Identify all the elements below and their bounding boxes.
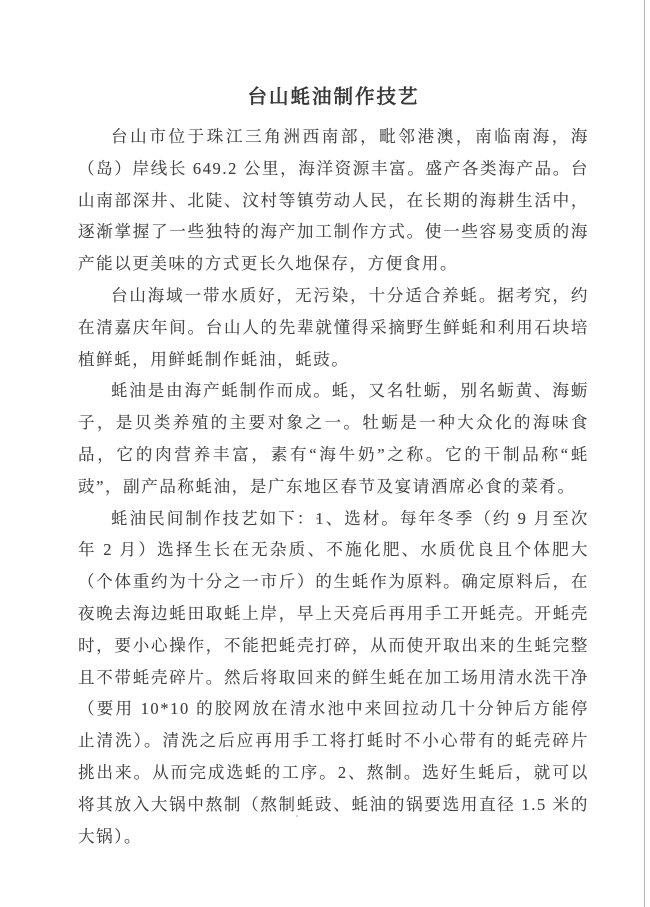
paragraph-3: 蚝油是由海产蚝制作而成。蚝，又名牡蛎，别名蛎黄、海蛎子，是贝类养殖的主要对象之一… bbox=[78, 375, 589, 502]
document-title: 台山蚝油制作技艺 bbox=[78, 84, 589, 110]
scan-speck bbox=[296, 815, 298, 817]
paragraph-4: 蚝油民间制作技艺如下：1、选材。每年冬季（约 9 月至次年 2 月）选择生长在无… bbox=[78, 503, 589, 853]
document-content: 台山蚝油制作技艺 台山市位于珠江三角洲西南部，毗邻港澳，南临南海，海（岛）岸线长… bbox=[78, 84, 589, 852]
paragraph-2: 台山海域一带水质好，无污染，十分适合养蚝。据考究，约在清嘉庆年间。台山人的先辈就… bbox=[78, 280, 589, 375]
scan-page-edge-line bbox=[644, 0, 645, 907]
scan-speck bbox=[316, 517, 319, 520]
paragraph-1: 台山市位于珠江三角洲西南部，毗邻港澳，南临南海，海（岛）岸线长 649.2 公里… bbox=[78, 121, 589, 280]
scanned-document-page: 台山蚝油制作技艺 台山市位于珠江三角洲西南部，毗邻港澳，南临南海，海（岛）岸线长… bbox=[0, 0, 650, 907]
